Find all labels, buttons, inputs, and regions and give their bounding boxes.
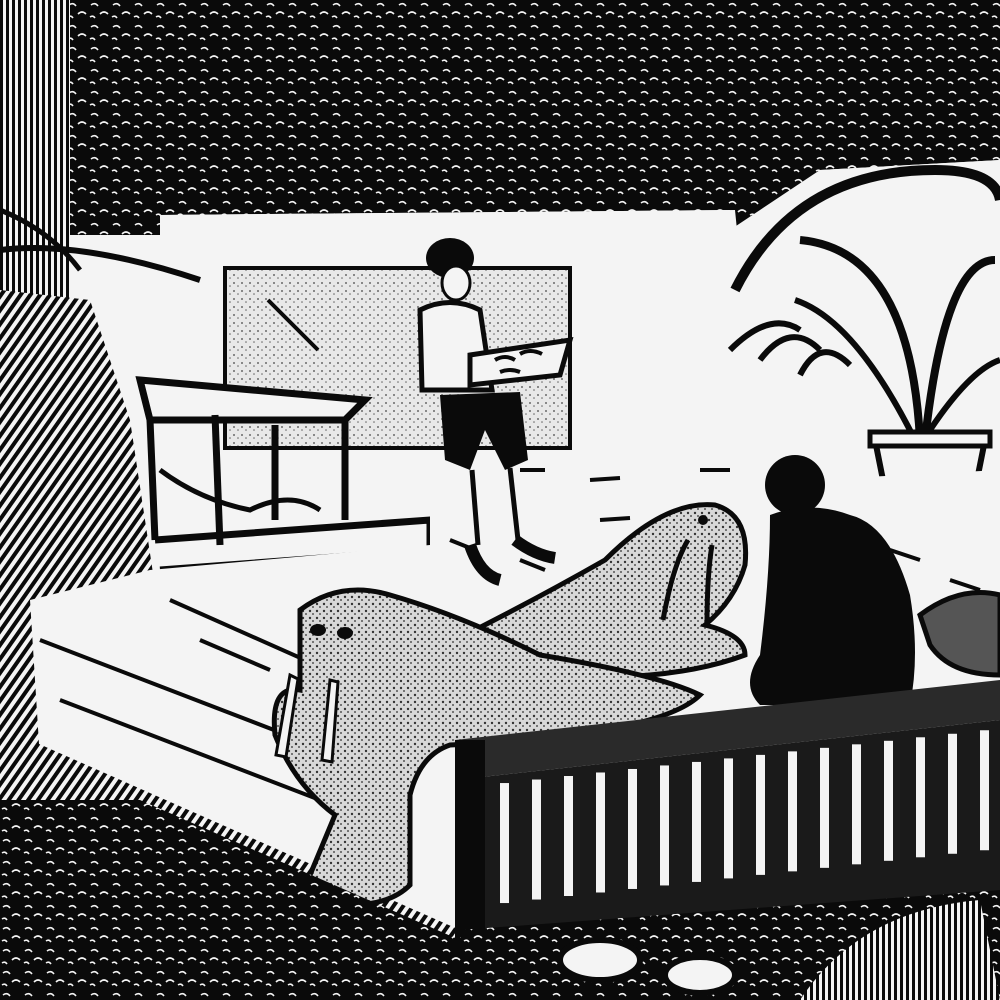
illustration: Engraving of a keeper with a tray of fis… — [0, 0, 1000, 1000]
scene-canvas — [0, 0, 1000, 1000]
